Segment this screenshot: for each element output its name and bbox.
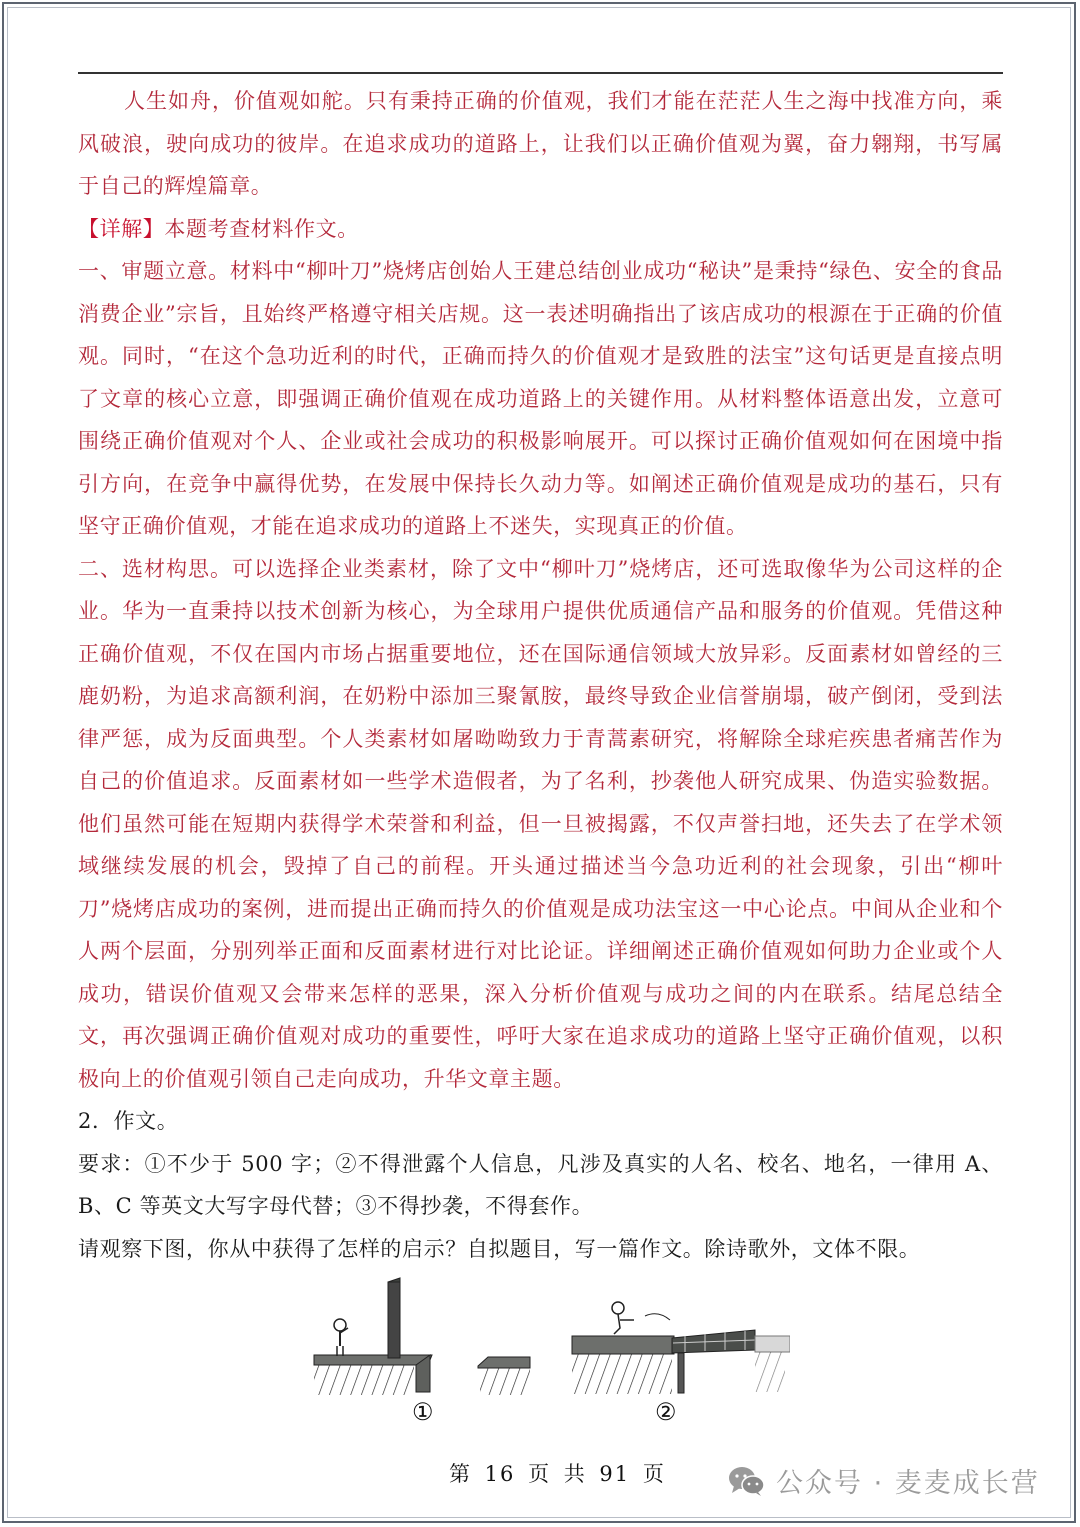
question-title: 2．作文。 bbox=[78, 1100, 1003, 1143]
watermark: 公众号 · 麦麦成长营 bbox=[728, 1461, 1040, 1500]
document-body: 人生如舟，价值观如舵。只有秉持正确的价值观，我们才能在茫茫人生之海中找准方向，乘… bbox=[78, 80, 1003, 1270]
header-rule bbox=[78, 72, 1003, 74]
panel-2 bbox=[572, 1302, 790, 1394]
section-material-selection: 二、选材构思。可以选择企业类素材，除了文中“柳叶刀”烧烤店，还可选取像华为公司这… bbox=[78, 548, 1003, 1101]
question-requirements: 要求：①不少于 500 字；②不得泄露个人信息，凡涉及真实的人名、校名、地名，一… bbox=[78, 1143, 1003, 1228]
figure-label-1: ① bbox=[412, 1398, 434, 1426]
cartoon-illustration bbox=[300, 1270, 790, 1400]
wechat-icon bbox=[728, 1465, 766, 1497]
detail-tag: 【详解】 bbox=[78, 217, 164, 241]
panel-1 bbox=[314, 1278, 530, 1395]
closing-paragraph: 人生如舟，价值观如舵。只有秉持正确的价值观，我们才能在茫茫人生之海中找准方向，乘… bbox=[78, 80, 1003, 208]
essay-cartoon-figure: ① ② bbox=[300, 1270, 790, 1435]
question-prompt: 请观察下图，你从中获得了怎样的启示？自拟题目，写一篇作文。除诗歌外，文体不限。 bbox=[78, 1228, 1003, 1271]
detail-intro: 本题考查材料作文。 bbox=[164, 217, 358, 241]
page-number: 第 16 页 共 91 页 bbox=[449, 1458, 666, 1488]
detail-line: 【详解】本题考查材料作文。 bbox=[78, 208, 1003, 251]
section-topic-analysis: 一、审题立意。材料中“柳叶刀”烧烤店创始人王建总结创业成功“秘诀”是秉持“绿色、… bbox=[78, 250, 1003, 548]
figure-label-2: ② bbox=[655, 1398, 677, 1426]
watermark-text: 公众号 · 麦麦成长营 bbox=[776, 1461, 1040, 1500]
